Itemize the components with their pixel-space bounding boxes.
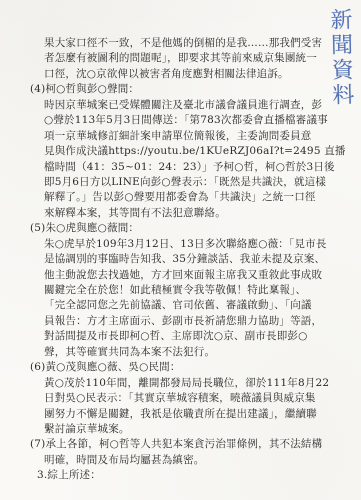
text-line: 團努力不懈是關鍵，我祇是依職責所在提出建議」，繼續聯 — [0, 407, 340, 422]
text-line: 繫討論京華城案。 — [0, 422, 340, 437]
text-line: 項一京華城修訂細計案申請單位簡報後，主委詢問委員意 — [0, 129, 340, 144]
text-line: 日對吳○民表示：「其實京華城容積案，曉薇議員與威京集 — [0, 391, 340, 406]
text-line: 解釋了。」告以彭○聲要用都委會為「共識決」之統一口徑 — [0, 190, 340, 205]
text-line: 「完全認同您之先前協議、官司依舊、審議啟動」、「向議 — [0, 298, 340, 313]
document-text: 果大家口徑不一致，不是他媽的倒楣的是我……那我們受害 者怎麼有被圖利的問題呢」，… — [0, 36, 340, 484]
text-line-item-5: (5)朱○虎與應○薇間： — [0, 221, 340, 236]
text-line: 來解釋本案，其等間有不法犯意聯絡。 — [0, 206, 340, 221]
text-line-item-4: (4)柯○哲與彭○聲間： — [0, 82, 340, 97]
text-line: 員報告：方才主席面示、彭副市長祈請您鼎力協助」等語， — [0, 314, 340, 329]
text-line-section-3: 3.綜上所述： — [0, 468, 340, 483]
text-line: 口徑，沈○京欲俾以被害者角度應對相關法律追訴。 — [0, 67, 340, 82]
text-line: 是協調別的事臨時告知我、35分鐘談話、我並未提及京案、 — [0, 252, 340, 267]
text-line: 對話間提及市長即柯○哲、主席即沈○京、副市長即彭○ — [0, 329, 340, 344]
text-line-item-6: (6)黃○茂與應○薇、吳○民間： — [0, 360, 340, 375]
scanned-document-page: 新聞資料 果大家口徑不一致，不是他媽的倒楣的是我……那我們受害 者怎麼有被圖利的… — [0, 0, 361, 500]
text-line: 他主動說您去找過她，方才回來面報主席我又重敘此事成敗 — [0, 268, 340, 283]
text-line: ○聲於113年5月3日間傳送：「第783次都委會直播檔審議事 — [0, 113, 340, 128]
text-line: 黃○茂於110年間，離開都發局局長職位，卻於111年8月22 — [0, 376, 340, 391]
text-line: 明確，時間及布局均屬甚為縝密。 — [0, 453, 340, 468]
text-line: 時因京華城案已受媒體關注及臺北市議會議員進行調查，彭 — [0, 98, 340, 113]
text-line-item-7: (7)承上各節，柯○哲等人共犯本案貪污治罪條例，其不法結構 — [0, 437, 340, 452]
text-line: 者怎麼有被圖利的問題呢」，即要求其等前來威京集團統一 — [0, 51, 340, 66]
text-line: 聲，其等確實共同為本案不法犯行。 — [0, 345, 340, 360]
text-line: 關鍵完全在於您！如此積極實令我等敬佩！特此稟報」、 — [0, 283, 340, 298]
text-line-url: 見與作成決議https://youtu.be/1KUeRZJ06aI?t=249… — [0, 144, 340, 159]
text-line: 即5月6日方以LINE向彭○聲表示：「既然是共識決，就這樣 — [0, 175, 340, 190]
text-line: 檔時間（41：35~01：24：23）」予柯○哲，柯○哲於3日後 — [0, 160, 340, 175]
text-line: 果大家口徑不一致，不是他媽的倒楣的是我……那我們受害 — [0, 36, 340, 51]
text-line: 朱○虎早於109年3月12日、13日多次聯絡應○薇：「見市長 — [0, 237, 340, 252]
